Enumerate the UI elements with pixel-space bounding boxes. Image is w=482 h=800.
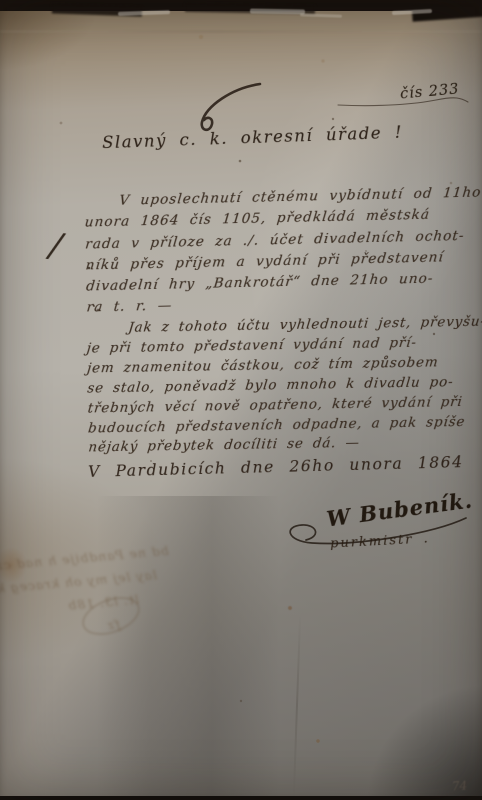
photo-frame: čís 233 Slavný c. k. okresní úřade ! / V… xyxy=(0,0,482,800)
photo-vignette xyxy=(0,0,482,800)
